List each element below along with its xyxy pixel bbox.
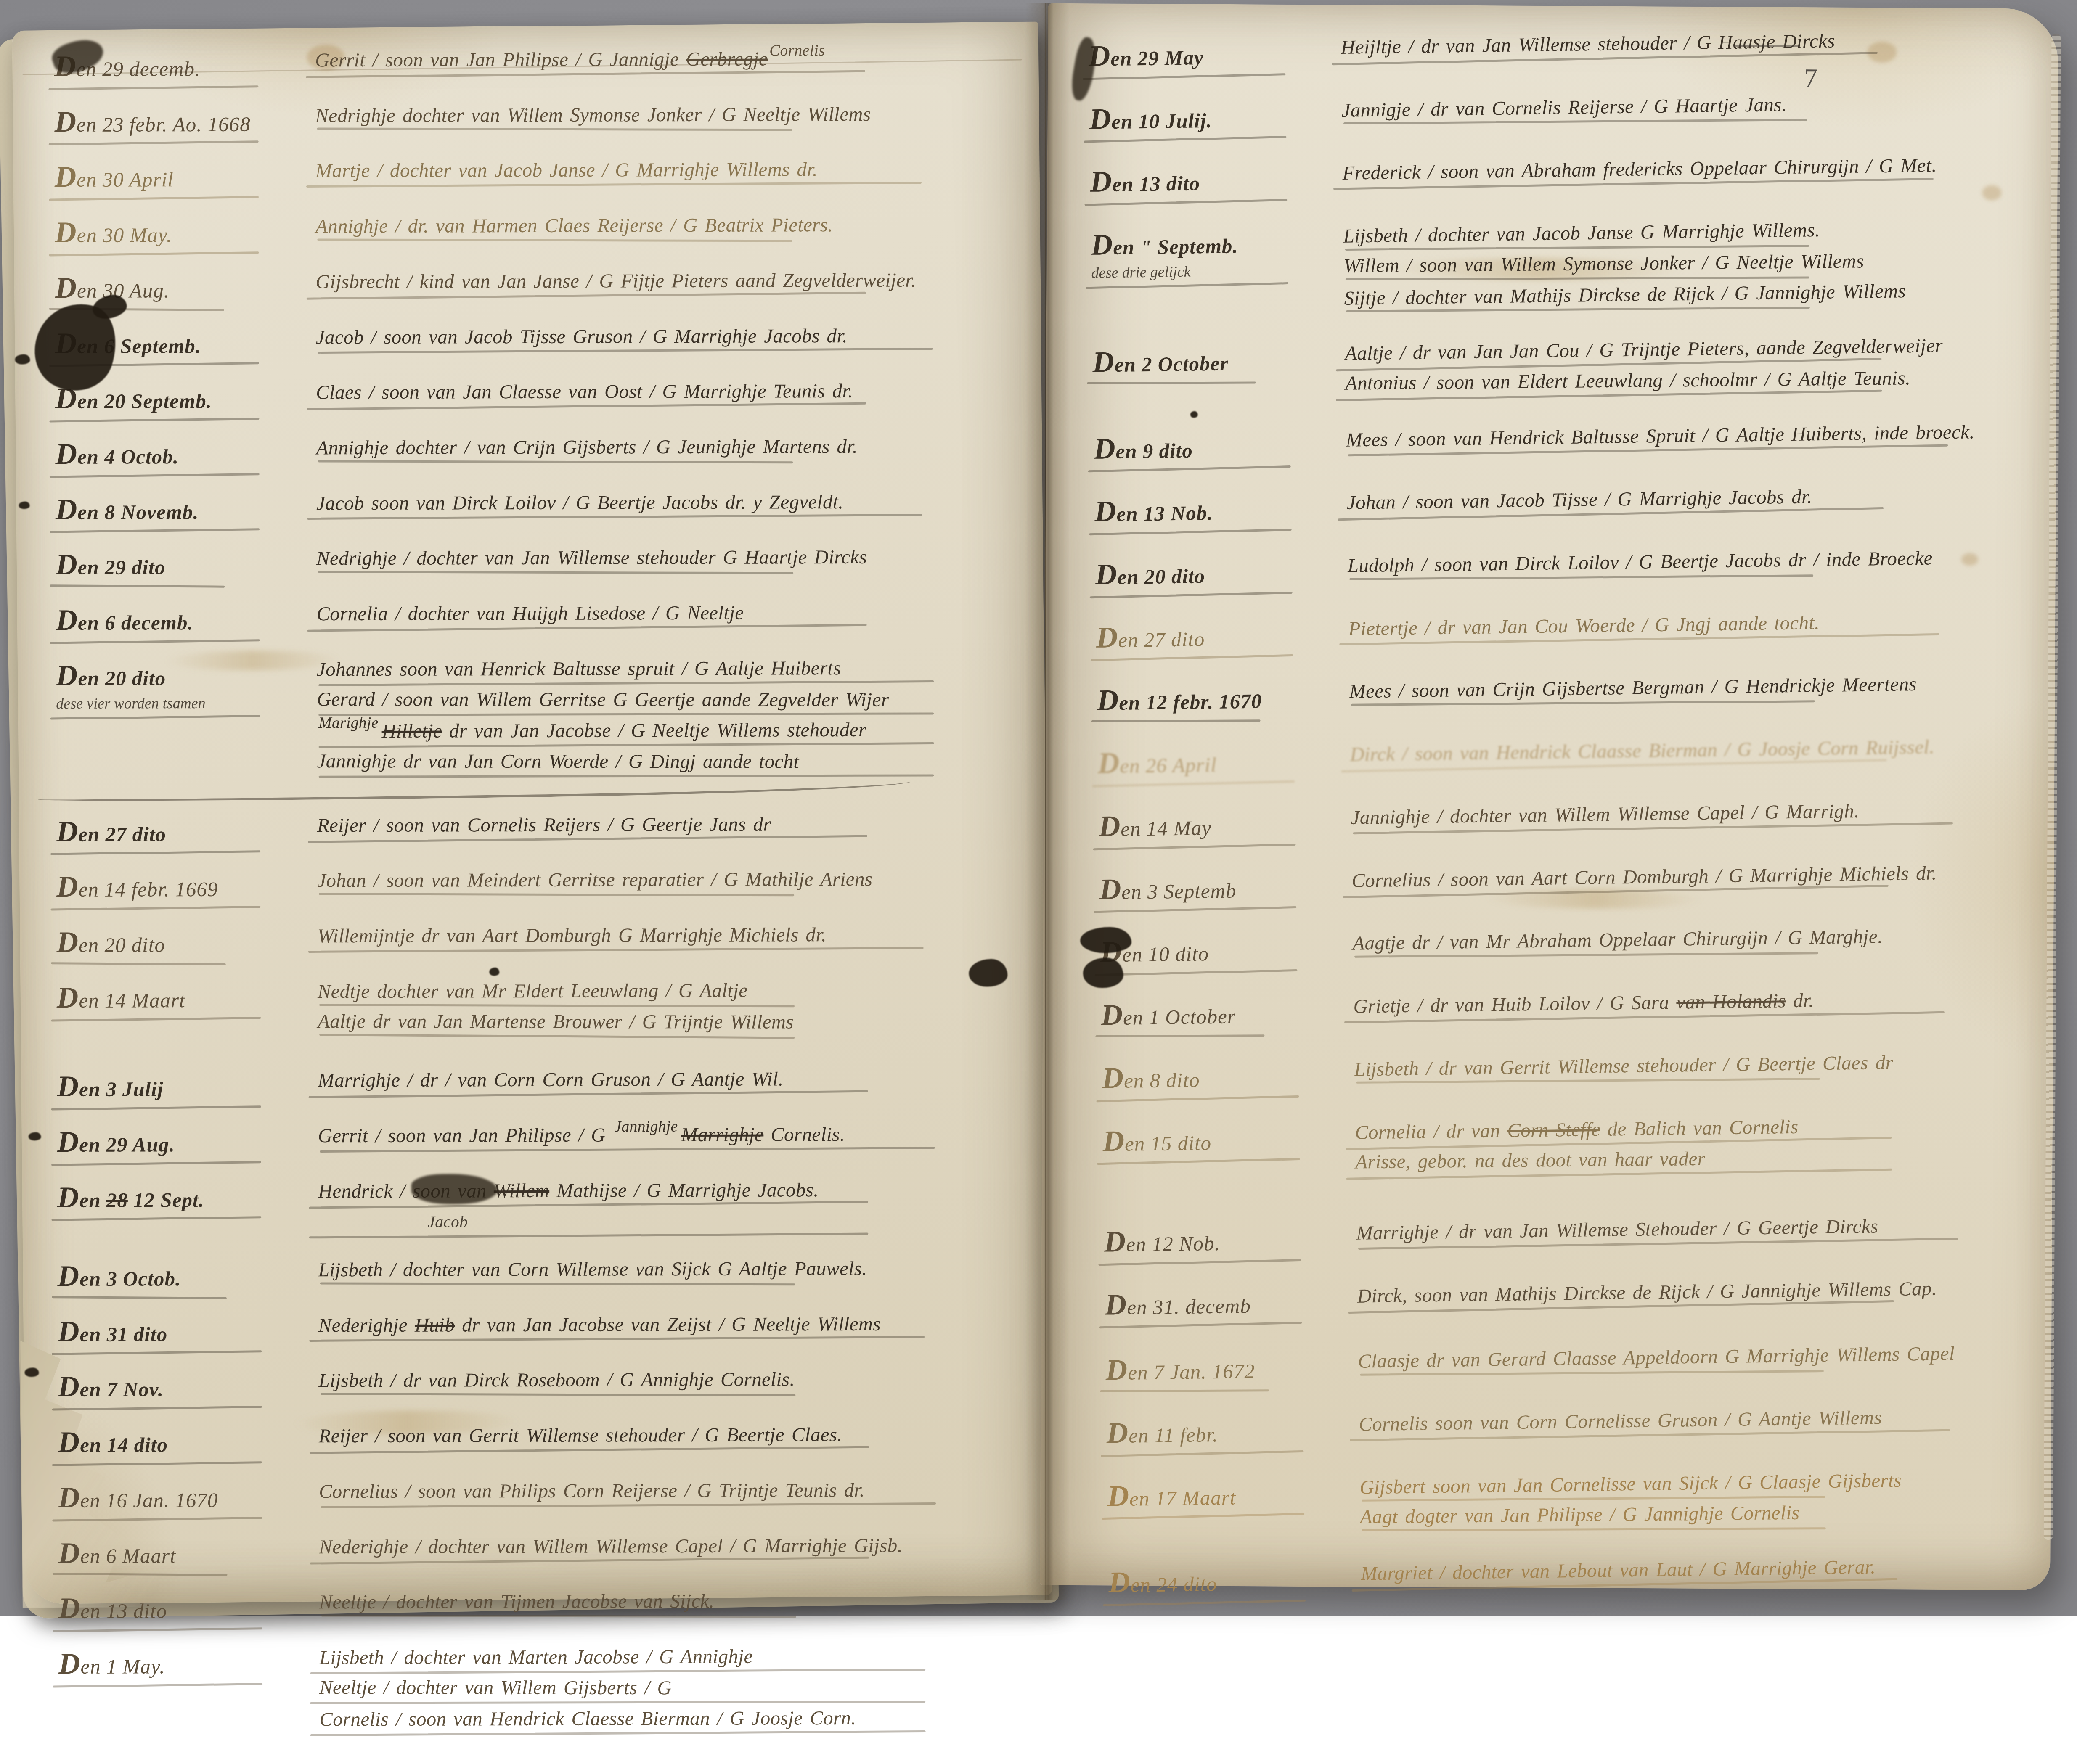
entry-date-cell: Den 28 12 Sept. <box>46 1181 307 1243</box>
entry-date: Den 14 Maart <box>57 981 307 1014</box>
entry-text: Nedrighje dochter van Willem Symonse Jon… <box>315 103 1014 144</box>
entry-line: Neeltje / dochter van Tijmen Jacobse van… <box>319 1590 1018 1616</box>
entry-date-cell: Den 8 Novemb. <box>45 493 305 532</box>
register-entry: Den 27 dito Pietertje / dr van Jan Cou W… <box>1085 609 2031 660</box>
word: dr. <box>1786 989 1814 1012</box>
entry-text: Neeltje / dochter van Tijmen Jacobse van… <box>319 1590 1018 1616</box>
entry-date: Den 13 dito <box>1090 163 1332 198</box>
word: Grietje / dr van Huib Loilov / G Sara <box>1353 992 1677 1018</box>
entry-line: Aaltje dr van Jan Martense Brouwer / G T… <box>318 1011 1017 1039</box>
entry-text: Nederighje / dochter van Willem Willemse… <box>319 1535 1018 1575</box>
ink-blot <box>1080 927 1131 953</box>
entry-line: Jannigje / dr van Cornelis Reijerse / G … <box>1341 91 2024 127</box>
entry-date-cell: Den 31 dito <box>47 1315 307 1354</box>
entry-date: Den 4 Octob. <box>56 437 305 470</box>
register-entry: Den 29 decemb. Gerrit / soon van Jan Phi… <box>43 48 1014 89</box>
entry-line: Claasje dr van Gerard Claasse Appeldoorn… <box>1358 1342 2040 1379</box>
entry-date-note: dese vier worden tsamen <box>56 694 237 712</box>
entry-line: Gijsbrecht / kind van Jan Janse / G Fijt… <box>316 270 1015 299</box>
entry-text: Pietertje / dr van Jan Cou Woerde / G Jn… <box>1348 609 2031 657</box>
entry-text: Jannighje / dochter van Willem Willemse … <box>1351 798 2033 846</box>
entry-date-cell: Den 1 October <box>1090 996 1343 1038</box>
page-stack-edge <box>2044 34 2061 1540</box>
word: Mathijse / G Marrighje Jacobs. <box>549 1179 819 1202</box>
register-entry: Den 10 dito Aagtje dr / van Mr Abraham O… <box>1089 924 2035 975</box>
register-entry: Den 20 Septemb. Claes / soon van Jan Cla… <box>44 380 1015 421</box>
entry-line: Jacob / soon van Jacob Tijsse Gruson / G… <box>316 325 1015 354</box>
entry-date-cell: Den 23 febr. Ao. 1668 <box>43 105 304 144</box>
entry-line: Sijtje / dochter van Mathijs Dirckse de … <box>1344 279 2027 315</box>
register-entry: Den 20 dito Willemijntje dr van Aart Dom… <box>46 924 1017 965</box>
entry-line: Reijer / soon van Cornelis Reijers / G G… <box>317 813 1016 843</box>
register-entry: Den 29 May Heijltje / dr van Jan Willems… <box>1077 28 2023 79</box>
entry-text: Reijer / soon van Gerrit Willemse stehou… <box>319 1424 1018 1464</box>
entry-date-cell: Den 7 Nov. <box>47 1370 307 1410</box>
register-entry: Den 6 Septemb. Jacob / soon van Jacob Ti… <box>44 325 1015 366</box>
register-entry: Den 11 febr. Cornelis soon van Corn Corn… <box>1095 1405 2041 1456</box>
entry-date-cell: Den 3 Septemb <box>1088 870 1341 912</box>
entry-date: Den 20 Septemb. <box>55 382 305 415</box>
register-entry: Den 29 dito Nedrighje / dochter van Jan … <box>45 546 1015 587</box>
entry-line: Aagt dogter van Jan Philipse / G Jannigh… <box>1360 1500 2043 1534</box>
entry-date: Den 10 Julij. <box>1089 100 1331 135</box>
struck-word: Corn Steffe <box>1507 1119 1600 1142</box>
entry-text: Willemijntje dr van Aart Domburgh G Marr… <box>318 924 1017 964</box>
right-page-entries: Den 29 May Heijltje / dr van Jan Willems… <box>1077 28 2043 1616</box>
entry-date-cell: Den 29 Aug. <box>46 1125 307 1164</box>
register-entry: Den 3 Septemb Cornelius / soon van Aart … <box>1088 861 2034 912</box>
entry-line: Johannes soon van Henrick Baltusse sprui… <box>317 657 1016 687</box>
word: dr van Jan Jacobse / G Neeltje Willems s… <box>442 719 866 742</box>
register-entry: Den ʺ Septemb. dese drie gelijck Lijsbet… <box>1080 217 2027 322</box>
entry-line: Marrighje / dr / van Corn Corn Gruson / … <box>318 1068 1017 1098</box>
entry-line: Marrighje / dr van Jan Willemse Stehoude… <box>1356 1214 2039 1250</box>
register-entry: Den 31. decemb Dirck, soon van Mathijs D… <box>1094 1277 2040 1328</box>
entry-text: Claes / soon van Jan Claesse van Oost / … <box>316 380 1015 421</box>
entry-date: Den 7 Jan. 1672 <box>1105 1351 1347 1386</box>
entry-date-cell: Den 27 dito <box>1085 619 1338 661</box>
entry-date-cell: Den 20 dito dese vier worden tsamen <box>45 659 306 783</box>
word: Cornelia / dr van <box>1355 1119 1507 1143</box>
entry-text: Aagtje dr / van Mr Abraham Oppelaar Chir… <box>1352 924 2035 972</box>
entry-line: Claes / soon van Jan Claesse van Oost / … <box>316 380 1015 410</box>
entry-text: Annighje dochter / van Crijn Gijsberts /… <box>316 436 1015 476</box>
entry-line: Nederighje / dochter van Willem Willemse… <box>319 1535 1018 1564</box>
entry-date-cell: Den 30 May. <box>44 216 305 255</box>
register-entry: Den 30 May. Annighje / dr. van Harmen Cl… <box>44 214 1015 255</box>
entry-line: Lijsbeth / dochter van Corn Willemse van… <box>318 1258 1017 1287</box>
register-entry: Den 31 dito Nederighje Huib dr van Jan J… <box>47 1313 1017 1354</box>
entry-text: Cornelia / dr van Corn Steffe de Balich … <box>1355 1113 2038 1184</box>
entry-text: Johan / soon van Jacob Tijsse / G Marrig… <box>1347 484 2029 531</box>
register-entry: Den 6 Maart Nederighje / dochter van Wil… <box>47 1535 1018 1576</box>
entry-line: Mees / soon van Crijn Gijsbertse Bergman… <box>1349 672 2032 709</box>
struck-word: van Holandis <box>1676 990 1786 1013</box>
word: Gerrit / soon van Jan Philipse / G Janni… <box>315 48 686 71</box>
entry-text: Lijsbeth / dochter van Corn Willemse van… <box>318 1258 1017 1298</box>
entry-text: Grietje / dr van Huib Loilov / G Sara va… <box>1353 987 2036 1035</box>
entry-date: Den 3 Julij <box>57 1070 307 1103</box>
entry-date: Den ʺ Septemb. <box>1091 226 1333 261</box>
word: Cornelis. <box>763 1124 845 1146</box>
register-entry: Den 13 Nob. Johan / soon van Jacob Tijss… <box>1084 484 2029 534</box>
struck-word: Marrighje <box>681 1124 763 1146</box>
entry-date-cell: Den 14 febr. 1669 <box>45 870 306 910</box>
entry-text: Nedrighje / dochter van Jan Willemse ste… <box>316 546 1015 587</box>
left-page: Den 29 decemb. Gerrit / soon van Jan Phi… <box>12 21 1052 1604</box>
word: Nederighje <box>318 1314 415 1336</box>
entry-text: Gerrit / soon van Jan Philipse / G Janni… <box>318 1124 1017 1164</box>
entry-date: Den 2 October <box>1092 343 1334 378</box>
register-entry: Den 7 Jan. 1672 Claasje dr van Gerard Cl… <box>1094 1342 2040 1393</box>
register-entry: Den 12 Nob. Marrighje / dr van Jan Wille… <box>1093 1214 2039 1264</box>
entry-text: Gijsbert soon van Jan Cornelisse van Sij… <box>1359 1468 2043 1539</box>
register-entry: Den 30 April Martje / dochter van Jacob … <box>44 159 1015 200</box>
register-entry: Den 8 Novemb. Jacob soon van Dirck Loilo… <box>45 491 1015 532</box>
ink-blot <box>489 968 499 976</box>
entry-line: Ludolph / soon van Dirck Loilov / G Beer… <box>1347 547 2030 583</box>
register-entry: Den 14 May Jannighje / dochter van Wille… <box>1087 798 2033 849</box>
entry-line: Martje / dochter van Jacob Janse / G Mar… <box>315 159 1015 188</box>
register-entry: Den 27 dito Reijer / soon van Cornelis R… <box>45 813 1016 854</box>
ink-speck <box>29 1132 41 1140</box>
entry-date: Den 31 dito <box>58 1315 307 1348</box>
entry-line: Aaltje / dr van Jan Jan Cou / G Trijntje… <box>1345 334 2027 371</box>
register-entry: Den 9 dito Mees / soon van Hendrick Balt… <box>1083 421 2029 471</box>
ink-blot <box>1083 957 1123 988</box>
entry-date: Den 10 dito <box>1100 933 1342 968</box>
register-entry: Den 20 dito dese vier worden tsamen Joha… <box>45 657 1016 799</box>
entry-date: Den 8 dito <box>1102 1059 1343 1095</box>
entry-text: Jacob soon van Dirck Loilov / G Beertje … <box>316 491 1015 532</box>
entry-date: Den 20 dito <box>57 926 307 959</box>
entry-text: Mees / soon van Crijn Gijsbertse Bergman… <box>1349 672 2032 720</box>
entry-date-cell: Den 27 dito <box>45 815 306 854</box>
entry-date: Den 29 May <box>1088 37 1330 72</box>
entry-line: Gijsbert soon van Jan Cornelisse van Sij… <box>1359 1468 2042 1505</box>
struck-word: Hilletje <box>382 720 442 742</box>
entry-date-cell: Den 9 dito <box>1083 430 1335 472</box>
entry-text: Dirck, soon van Mathijs Dirckse de Rijck… <box>1357 1277 2040 1324</box>
entry-line: Annighje dochter / van Crijn Gijsberts /… <box>316 436 1015 465</box>
entry-date-cell: Den 13 Nob. <box>1084 492 1336 534</box>
entry-date-cell: Den 13 dito <box>1079 163 1332 205</box>
word: Jacob <box>427 1213 468 1232</box>
register-entry: Den 13 dito Neeltje / dochter van Tijmen… <box>48 1590 1018 1616</box>
register-entry: Den 23 febr. Ao. 1668 Nedrighje dochter … <box>43 103 1014 145</box>
entry-text: Lijsbeth / dochter van Jacob Janse G Mar… <box>1343 217 2027 319</box>
entry-line: Lijsbeth / dr van Gerrit Willemse stehou… <box>1354 1050 2037 1087</box>
entry-line: Johan / soon van Meindert Gerritse repar… <box>317 868 1016 898</box>
entry-line: Gerrit / soon van Jan Philipse / G Janni… <box>318 1124 1017 1153</box>
entry-date: Den 7 Nov. <box>58 1370 307 1403</box>
entry-date-cell: Den 3 Octob. <box>47 1259 307 1299</box>
ink-speck <box>24 1367 39 1377</box>
entry-date: Den 26 April <box>1097 744 1339 780</box>
entry-text: Margriet / dochter van Lebout van Laut /… <box>1361 1554 2043 1602</box>
struck-word: Gerbregje <box>686 48 768 71</box>
entry-line: Arisse, gebor. na des doot van haar vade… <box>1355 1145 2038 1180</box>
word: de Balich van Cornelis <box>1600 1116 1798 1140</box>
entry-text: Johan / soon van Meindert Gerritse repar… <box>317 868 1016 909</box>
entry-date-cell: Den 2 October <box>1081 343 1335 408</box>
entry-date-cell: Den 31. decemb <box>1094 1286 1346 1328</box>
entry-date-cell: Den 30 April <box>44 161 305 200</box>
entry-date: Den 11 febr. <box>1106 1414 1348 1449</box>
entry-date: Den 12 febr. 1670 <box>1097 682 1338 717</box>
entry-date: Den 29 Aug. <box>57 1125 307 1158</box>
left-page-entries: Den 29 decemb. Gerrit / soon van Jan Phi… <box>43 48 1019 1616</box>
entry-date: Den 30 May. <box>55 216 305 249</box>
register-entry: Den 2 October Aaltje / dr van Jan Jan Co… <box>1081 334 2028 409</box>
entry-date-cell: Den 16 Jan. 1670 <box>47 1481 308 1520</box>
entry-date: Den 28 12 Sept. <box>57 1181 307 1214</box>
entry-date-cell: Den 17 Maart <box>1096 1477 1349 1542</box>
entry-date: Den 20 dito <box>56 659 306 692</box>
entry-date-cell: Den 14 May <box>1087 807 1340 849</box>
entry-date: Den 23 febr. Ao. 1668 <box>54 105 304 138</box>
entry-date-note: dese drie gelijck <box>1091 262 1272 282</box>
entry-date-cell: Den 4 Octob. <box>45 437 305 476</box>
entry-text: Frederick / soon van Abraham fredericks … <box>1342 154 2025 201</box>
entry-text: Mees / soon van Hendrick Baltusse Spruit… <box>1346 421 2029 468</box>
ink-speck <box>15 354 30 364</box>
register-entry: Den 15 dito Cornelia / dr van Corn Steff… <box>1091 1113 2038 1187</box>
entry-line: Gerrit / soon van Jan Philipse / G Janni… <box>315 48 1014 77</box>
entry-text: Cornelius / soon van Aart Corn Domburgh … <box>1351 861 2034 909</box>
entry-date: Den 30 Aug. <box>55 271 305 304</box>
register-entry: Den 20 dito Ludolph / soon van Dirck Loi… <box>1084 547 2030 598</box>
entry-date-cell: Den 12 febr. 1670 <box>1086 682 1338 724</box>
entry-date: Den 27 dito <box>1096 619 1338 654</box>
struck-word: 28 <box>106 1188 128 1211</box>
entry-line: Jacob <box>318 1210 1017 1239</box>
entry-text: Gerrit / soon van Jan Philipse / G Janni… <box>315 48 1014 88</box>
entry-date: Den 3 Octob. <box>58 1259 307 1292</box>
entry-line: Willemijntje dr van Aart Domburgh G Marr… <box>318 924 1017 953</box>
page-number: 7 <box>1804 63 1818 94</box>
register-entry: Den 6 decemb. Cornelia / dochter van Hui… <box>45 602 1016 643</box>
entry-line: Cornelis soon van Corn Cornelisse Gruson… <box>1359 1405 2041 1441</box>
entry-line: Aagtje dr / van Mr Abraham Oppelaar Chir… <box>1352 924 2035 961</box>
register-entry: Den 7 Nov. Lijsbeth / dr van Dirck Roseb… <box>47 1368 1017 1410</box>
entry-text: Ludolph / soon van Dirck Loilov / G Beer… <box>1347 547 2030 594</box>
register-entry: Den 13 dito Frederick / soon van Abraham… <box>1079 154 2025 205</box>
entry-line: Antonius / soon van Eldert Leeuwlang / s… <box>1345 367 2028 401</box>
entry-text: Gijsbrecht / kind van Jan Janse / G Fijt… <box>316 270 1015 310</box>
entry-date-cell: Den 15 dito <box>1091 1122 1345 1187</box>
entry-line: Frederick / soon van Abraham fredericks … <box>1342 154 2025 190</box>
entry-date-cell: Den 6 decemb. <box>45 604 306 643</box>
entry-text: Annighje / dr. van Harmen Claes Reijerse… <box>315 214 1015 254</box>
ink-speck <box>19 501 29 509</box>
entry-text: Lijsbeth / dr van Dirck Roseboom / G Ann… <box>318 1368 1017 1409</box>
entry-date-cell: Den 24 dito <box>1097 1563 1350 1605</box>
entry-text: Lijsbeth / dr van Gerrit Willemse stehou… <box>1354 1050 2037 1098</box>
entry-text: Cornelis soon van Corn Cornelisse Gruson… <box>1359 1405 2041 1452</box>
struck-word: Willem <box>494 1180 549 1202</box>
register-entry: Den 17 Maart Gijsbert soon van Jan Corne… <box>1096 1468 2043 1542</box>
entry-line: Gerard / soon van Willem Gerritse G Geer… <box>317 689 1016 717</box>
entry-date-cell: Den 20 dito <box>46 926 307 965</box>
entry-line: Cornelius / soon van Philips Corn Reijer… <box>319 1479 1018 1509</box>
entry-line: Lijsbeth / dr van Dirck Roseboom / G Ann… <box>318 1368 1017 1398</box>
entry-line: Jannighje dr van Jan Corn Woerde / G Din… <box>317 751 1016 779</box>
right-page: 7 Den 29 May Heijltje / dr van Jan Wille… <box>1040 3 2058 1591</box>
entry-line: Margriet / dochter van Lebout van Laut /… <box>1361 1554 2043 1591</box>
entry-date: Den 6 Maart <box>58 1537 308 1569</box>
register-entry: Den 26 April Dirck / soon van Hendrick C… <box>1086 735 2032 786</box>
entry-line: Cornelia / dochter van Huijgh Lisedose /… <box>317 602 1016 631</box>
photograph-background: Den 29 decemb. Gerrit / soon van Jan Phi… <box>0 0 2077 1616</box>
entry-line: Nederighje Huib dr van Jan Jacobse van Z… <box>318 1313 1017 1343</box>
entry-date: Den 14 febr. 1669 <box>56 870 306 903</box>
register-entry: Den 4 Octob. Annighje dochter / van Crij… <box>45 436 1015 477</box>
entry-text: Marrighje / dr van Jan Willemse Stehoude… <box>1356 1214 2039 1261</box>
entry-date: Den 12 Nob. <box>1104 1223 1346 1258</box>
entry-date-cell: Den 8 dito <box>1091 1059 1343 1101</box>
register-entry: Den 10 Julij. Jannigje / dr van Cornelis… <box>1078 91 2024 142</box>
entry-line: Annighje / dr. van Harmen Claes Reijerse… <box>315 214 1015 243</box>
entry-line: Lijsbeth / dochter van Jacob Janse G Mar… <box>1343 217 2026 254</box>
entry-text: Reijer / soon van Cornelis Reijers / G G… <box>317 813 1016 854</box>
ink-speck <box>1190 411 1198 418</box>
register-entry: Den 14 Maart Nedtje dochter van Mr Elder… <box>46 979 1017 1044</box>
entry-date: Den 20 dito <box>1095 555 1337 591</box>
entry-line: MarighjeHilletje dr van Jan Jacobse / G … <box>317 719 1016 748</box>
entry-date-cell: Den 13 dito <box>48 1592 308 1616</box>
entry-date-cell: Den 11 febr. <box>1095 1414 1348 1456</box>
entry-text: Jannigje / dr van Cornelis Reijerse / G … <box>1341 91 2024 138</box>
entry-text: Heijltje / dr van Jan Willemse stehouder… <box>1341 28 2023 76</box>
entry-date-cell: Den 20 dito <box>1084 555 1337 598</box>
entry-line: Dirck, soon van Mathijs Dirckse de Rijck… <box>1357 1277 2040 1313</box>
entry-date: Den 14 dito <box>58 1426 308 1459</box>
entry-date-cell: Den 6 Maart <box>47 1537 308 1576</box>
entry-line: Cornelia / dr van Corn Steffe de Balich … <box>1355 1113 2037 1150</box>
inserted-word: Jannighje <box>614 1118 678 1136</box>
entry-line: Willem / soon van Willem Symonse Jonker … <box>1343 249 2026 283</box>
entry-date: Den 29 dito <box>56 548 305 581</box>
entry-date-cell: Den 14 dito <box>47 1426 308 1465</box>
entry-line: Cornelius / soon van Aart Corn Domburgh … <box>1351 861 2034 898</box>
entry-text: Claasje dr van Gerard Claasse Appeldoorn… <box>1358 1342 2040 1390</box>
entry-date: Den 13 dito <box>58 1592 308 1616</box>
entry-line: Pietertje / dr van Jan Cou Woerde / G Jn… <box>1348 609 2031 646</box>
register-entry: Den 14 dito Reijer / soon van Gerrit Wil… <box>47 1424 1018 1465</box>
entry-line: Jacob soon van Dirck Loilov / G Beertje … <box>316 491 1015 521</box>
word: Den <box>57 1188 106 1211</box>
entry-text: Martje / dochter van Jacob Janse / G Mar… <box>315 159 1015 199</box>
register-entry: Den 14 febr. 1669 Johan / soon van Meind… <box>45 868 1016 910</box>
entry-text: Johannes soon van Henrick Baltusse sprui… <box>317 657 1016 783</box>
entry-line: Dirck / soon van Hendrick Claasse Bierma… <box>1350 735 2032 772</box>
entry-line: Johan / soon van Jacob Tijsse / G Marrig… <box>1347 484 2029 520</box>
register-entry: Den 8 dito Lijsbeth / dr van Gerrit Will… <box>1091 1050 2037 1101</box>
register-entry: Den 3 Julij Marrighje / dr / van Corn Co… <box>46 1068 1017 1109</box>
entry-text: Cornelia / dochter van Huijgh Lisedose /… <box>317 602 1016 642</box>
entry-date: Den 8 Novemb. <box>56 493 305 526</box>
entry-date: Den 31. decemb <box>1105 1286 1346 1321</box>
register-entry: Den 1 October Grietje / dr van Huib Loil… <box>1090 987 2036 1038</box>
word: 12 Sept. <box>128 1188 204 1211</box>
entry-line: Nedtje dochter van Mr Eldert Leeuwlang /… <box>318 979 1017 1009</box>
entry-date: Den 1 October <box>1101 996 1343 1031</box>
register-entry: Den 24 dito Margriet / dochter van Lebou… <box>1097 1554 2043 1605</box>
entry-date: Den 9 dito <box>1094 430 1335 465</box>
entry-date: Den 13 Nob. <box>1094 492 1336 528</box>
entry-date-cell: Den 3 Julij <box>46 1070 307 1109</box>
entry-date-cell: Den 14 Maart <box>46 981 307 1044</box>
entry-date: Den 30 April <box>55 161 305 193</box>
entry-date: Den 16 Jan. 1670 <box>58 1481 308 1514</box>
entry-text: Nedtje dochter van Mr Eldert Leeuwlang /… <box>318 979 1017 1043</box>
entry-line: Jannighje / dochter van Willem Willemse … <box>1351 798 2033 835</box>
register-entry: Den 3 Octob. Lijsbeth / dochter van Corn… <box>47 1258 1017 1299</box>
entry-date: Den 6 decemb. <box>56 604 306 637</box>
entry-line: Nedrighje dochter van Willem Symonse Jon… <box>315 103 1014 133</box>
entry-date: Den 3 Septemb <box>1099 870 1341 906</box>
register-entry: Den 28 12 Sept. Hendrick / soon van Will… <box>46 1179 1017 1243</box>
inserted-word: Cornelis <box>769 42 825 60</box>
entry-text: Dirck / soon van Hendrick Claasse Bierma… <box>1350 735 2032 783</box>
word: dr van Jan Jacobse van Zeijst / G Neeltj… <box>455 1313 881 1336</box>
entry-date: Den 14 May <box>1098 807 1340 843</box>
entry-text: Jacob / soon van Jacob Tijsse Gruson / G… <box>316 325 1015 365</box>
entry-date: Den 24 dito <box>1108 1563 1350 1599</box>
entry-date-cell: Den 26 April <box>1086 744 1339 786</box>
entry-date: Den 27 dito <box>56 815 306 848</box>
register-entry: Den 30 Aug. Gijsbrecht / kind van Jan Ja… <box>44 270 1015 311</box>
entry-text: Marrighje / dr / van Corn Corn Gruson / … <box>318 1068 1017 1108</box>
entry-text: Nederighje Huib dr van Jan Jacobse van Z… <box>318 1313 1017 1354</box>
entry-date-cell: Den 7 Jan. 1672 <box>1094 1351 1347 1393</box>
entry-text: Aaltje / dr van Jan Jan Cou / G Trijntje… <box>1345 334 2028 405</box>
entry-line: Mees / soon van Hendrick Baltusse Spruit… <box>1346 421 2029 457</box>
entry-date: Den 15 dito <box>1102 1122 1344 1158</box>
entry-line: Grietje / dr van Huib Loilov / G Sara va… <box>1353 987 2036 1024</box>
register-entry: Den 12 febr. 1670 Mees / soon van Crijn … <box>1086 672 2032 723</box>
register-entry: Den 29 Aug. Gerrit / soon van Jan Philip… <box>46 1124 1017 1165</box>
entry-date-cell: Den ʺ Septemb. dese drie gelijck <box>1080 226 1333 322</box>
entry-date-cell: Den 10 Julij. <box>1078 100 1331 142</box>
register-entry: Den 16 Jan. 1670 Cornelius / soon van Ph… <box>47 1479 1018 1521</box>
entry-text: Cornelius / soon van Philips Corn Reijer… <box>319 1479 1018 1520</box>
entry-line: Nedrighje / dochter van Jan Willemse ste… <box>316 546 1015 576</box>
entry-date-cell: Den 29 May <box>1077 37 1330 79</box>
entry-line: Heijltje / dr van Jan Willemse stehouder… <box>1341 28 2023 65</box>
inserted-word: Marighje <box>318 714 378 732</box>
entry-date-cell: Den 29 dito <box>45 548 305 587</box>
entry-line: Reijer / soon van Gerrit Willemse stehou… <box>319 1424 1018 1453</box>
word: Gerrit / soon van Jan Philipse / G <box>318 1124 613 1147</box>
entry-date-cell: Den 12 Nob. <box>1093 1223 1346 1265</box>
struck-word: Huib <box>415 1314 455 1336</box>
entry-date: Den 17 Maart <box>1107 1477 1349 1513</box>
